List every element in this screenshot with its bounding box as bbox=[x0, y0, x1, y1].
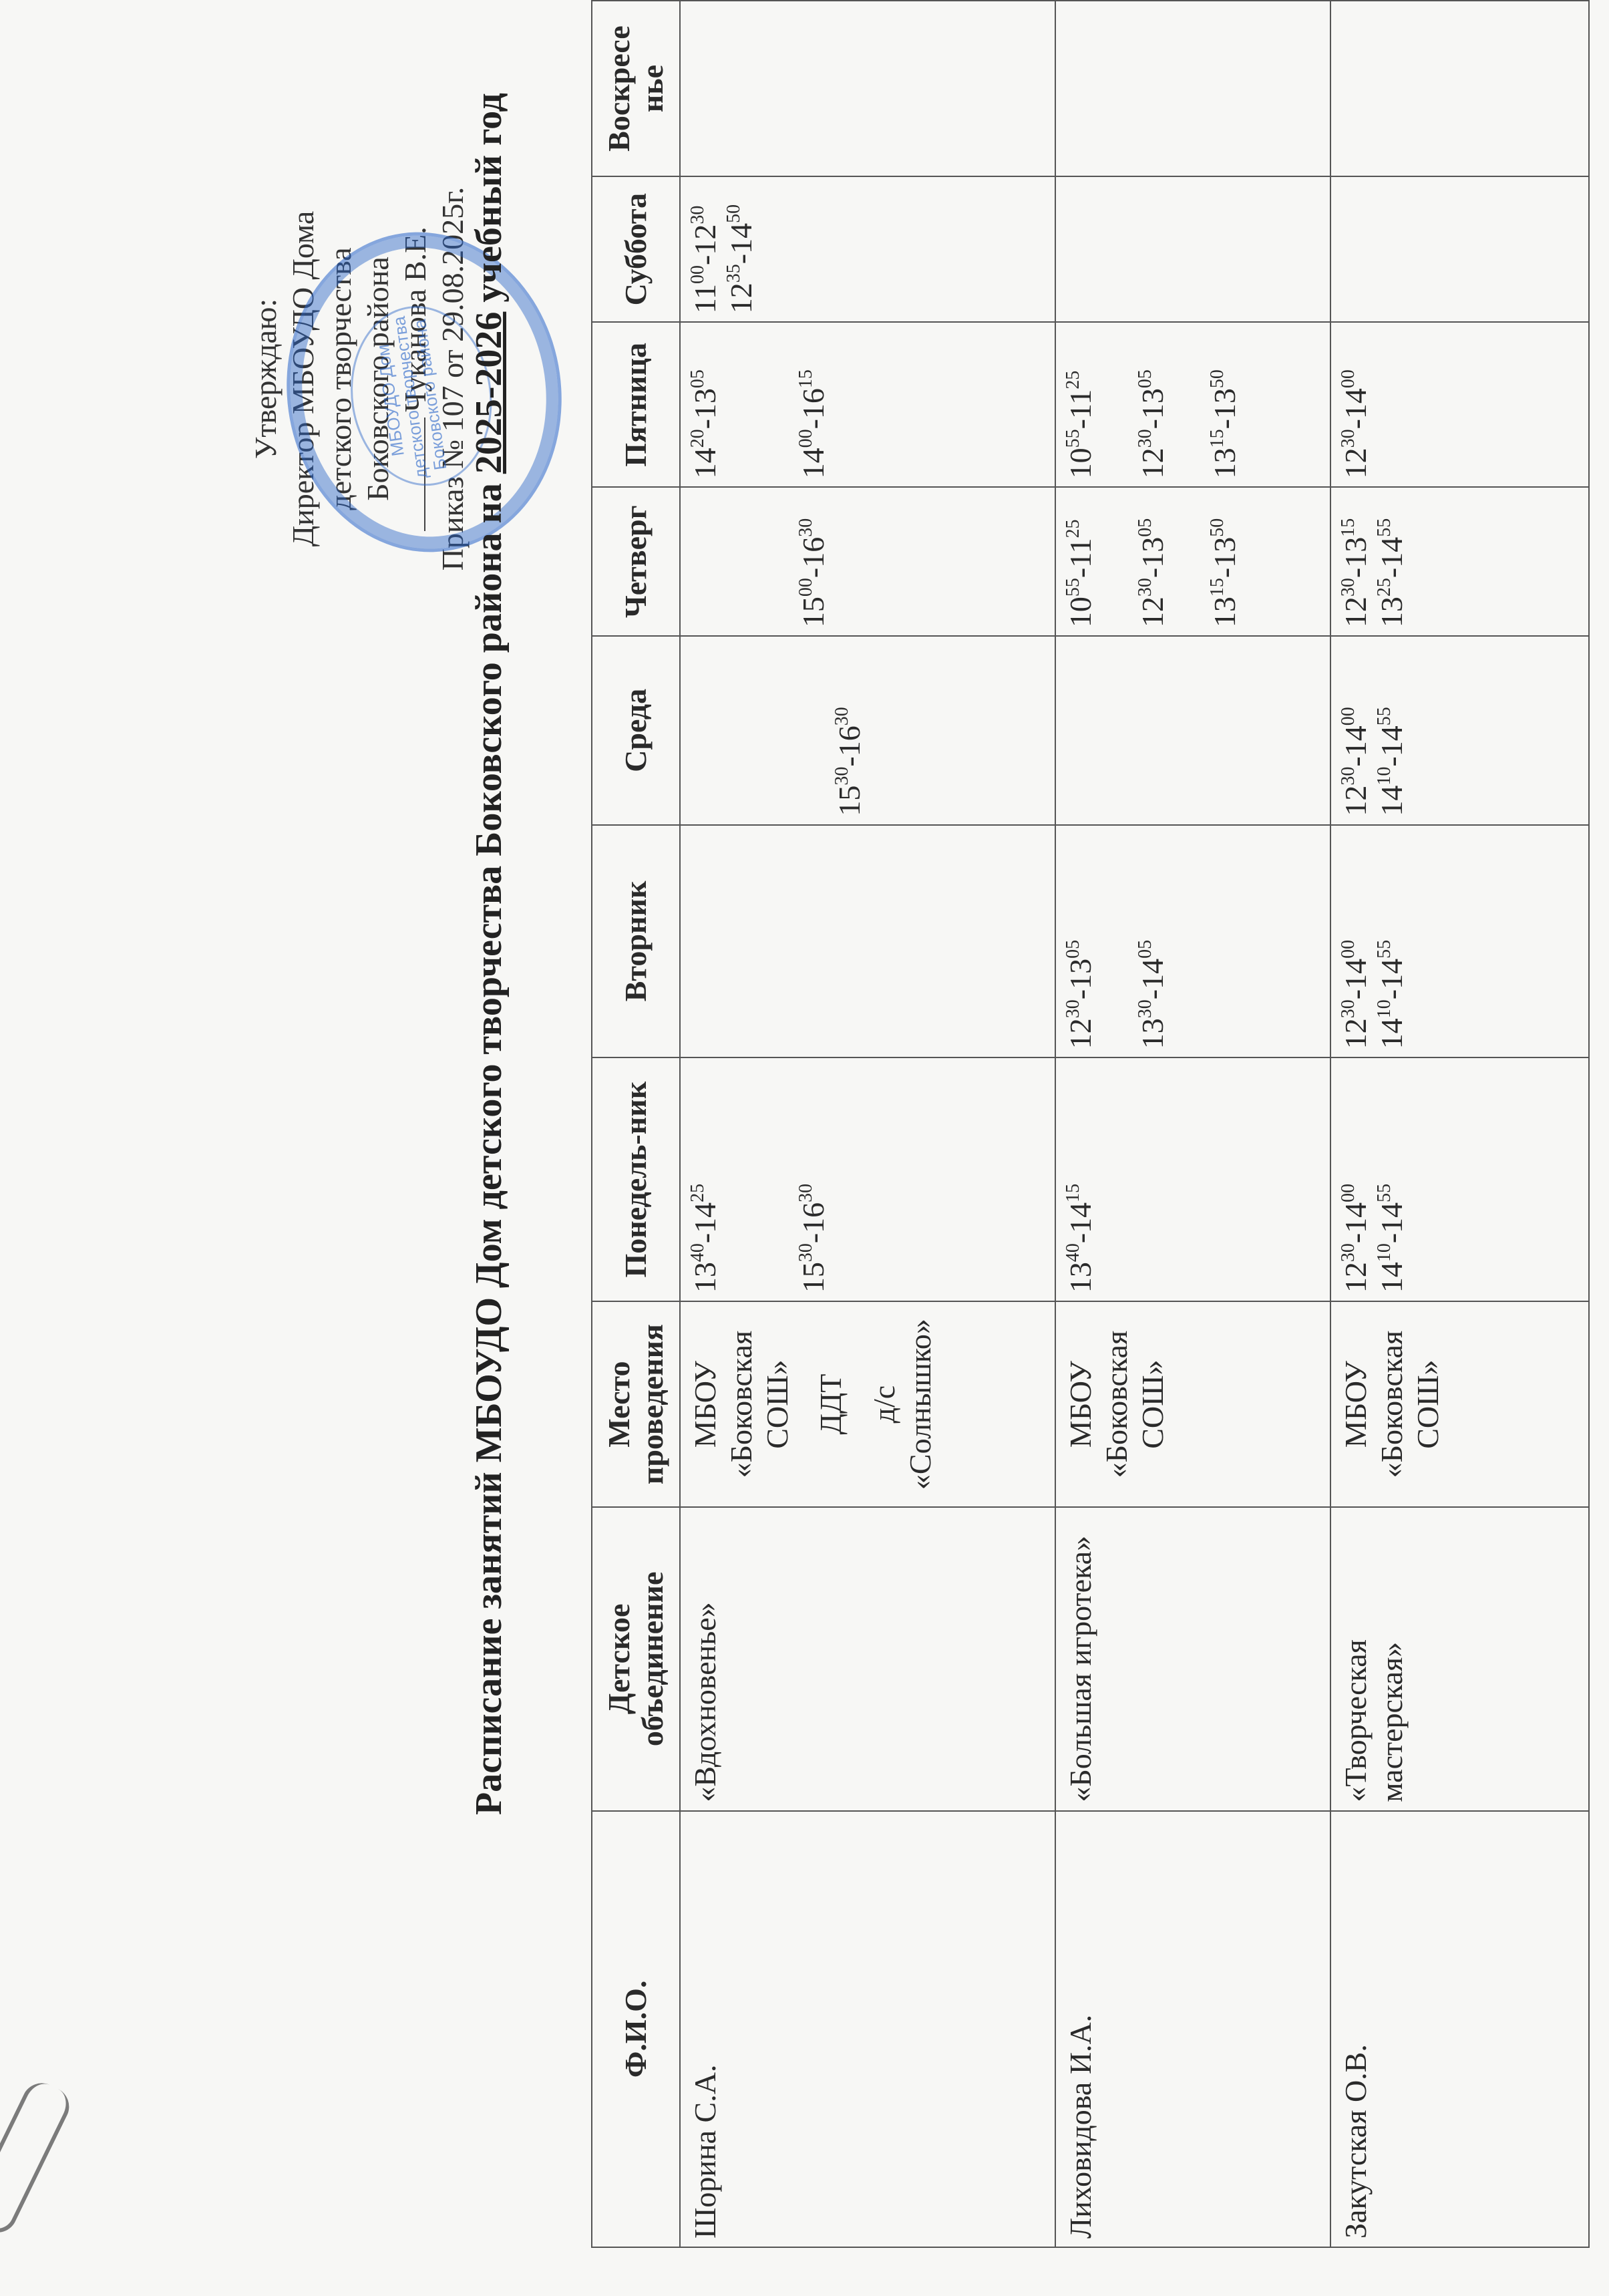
schedule-cell-tuesday bbox=[680, 825, 1055, 1058]
spacer bbox=[687, 645, 723, 816]
spacer bbox=[723, 1066, 759, 1293]
place-cell: МБОУ «Боковская СОШ»ДДТд/с «Солнышко» bbox=[680, 1301, 1055, 1507]
time-slot: 1340-1425 bbox=[687, 1066, 723, 1293]
association-name: «Творческая мастерская» bbox=[1330, 1507, 1589, 1811]
place-cell: МБОУ «Боковская СОШ» bbox=[1330, 1301, 1589, 1507]
signature-icon bbox=[424, 418, 425, 531]
schedule-cell-tuesday: 1230-13051330-1405 bbox=[1055, 825, 1330, 1058]
schedule-cell-thursday: 1055-11251230-13051315-1350 bbox=[1055, 487, 1330, 636]
time-slot: 1410-1455 bbox=[1374, 834, 1410, 1049]
schedule-cell-saturday bbox=[1330, 176, 1589, 322]
place-name: МБОУ «Боковская СОШ» bbox=[1338, 1310, 1446, 1498]
table-row: Шорина С.А.«Вдохновенье»МБОУ «Боковская … bbox=[680, 1, 1055, 2247]
table-row: Закутская О.В.«Творческая мастерская»МБО… bbox=[1330, 1, 1589, 2247]
spacer bbox=[795, 645, 832, 816]
spacer bbox=[723, 645, 759, 816]
time-slot: 1530-1630 bbox=[832, 645, 868, 816]
approval-line: Утверждаю: bbox=[247, 105, 285, 653]
time-slot: 1325-1455 bbox=[1374, 496, 1410, 627]
place-name: ДДТ bbox=[813, 1310, 849, 1498]
header-association: Детское объединение bbox=[592, 1507, 680, 1811]
document-page: Утверждаю: Директор МБОУДО Дома детского… bbox=[0, 0, 1609, 2296]
time-slot: 1230-1305 bbox=[1135, 331, 1171, 478]
spacer bbox=[1171, 496, 1207, 627]
time-slot: 1055-1125 bbox=[1063, 496, 1099, 627]
school-year: 2025-2026 bbox=[468, 312, 510, 474]
header-place: Место проведения bbox=[592, 1301, 680, 1507]
time-slot: 1230-1400 bbox=[1338, 834, 1374, 1049]
schedule-cell-monday: 1340-1415 bbox=[1055, 1057, 1330, 1301]
time-slot: 1230-1400 bbox=[1338, 1066, 1374, 1293]
time-slot: 1055-1125 bbox=[1063, 331, 1099, 478]
schedule-cell-sunday bbox=[1055, 1, 1330, 176]
approval-line: детского творчества bbox=[322, 105, 359, 653]
spacer bbox=[687, 496, 723, 627]
time-slot: 1100-1230 bbox=[687, 185, 723, 313]
time-slot: 1315-1350 bbox=[1207, 331, 1243, 478]
time-slot: 1235-1450 bbox=[723, 185, 759, 313]
association-name: «Вдохновенье» bbox=[680, 1507, 1055, 1811]
schedule-cell-saturday: 1100-12301235-1450 bbox=[680, 176, 1055, 322]
page-title: Расписание занятий МБОУДО Дом детского т… bbox=[468, 93, 510, 1815]
schedule-cell-monday: 1230-14001410-1455 bbox=[1330, 1057, 1589, 1301]
schedule-table: Ф.И.О. Детское объединение Место проведе… bbox=[591, 0, 1590, 2248]
time-slot: 1500-1630 bbox=[795, 496, 832, 627]
spacer bbox=[1099, 834, 1135, 1049]
time-slot: 1315-1350 bbox=[1207, 496, 1243, 627]
time-slot: 1410-1455 bbox=[1374, 1066, 1410, 1293]
approval-signature-line: Чуканова В.Е. bbox=[397, 105, 434, 653]
header-row: Ф.И.О. Детское объединение Место проведе… bbox=[592, 1, 680, 2247]
schedule-cell-saturday bbox=[1055, 176, 1330, 322]
schedule-cell-wednesday: 1230-14001410-1455 bbox=[1330, 636, 1589, 825]
schedule-cell-thursday: 1230-13151325-1455 bbox=[1330, 487, 1589, 636]
schedule-cell-wednesday: 1530-1630 bbox=[680, 636, 1055, 825]
place-name: д/с «Солнышко» bbox=[866, 1310, 938, 1498]
schedule-cell-friday: 1230-1400 bbox=[1330, 322, 1589, 487]
header-monday: Понедель-ник bbox=[592, 1057, 680, 1301]
place-cell: МБОУ «Боковская СОШ» bbox=[1055, 1301, 1330, 1507]
time-slot: 1400-1615 bbox=[795, 331, 832, 478]
time-slot: 1230-1305 bbox=[1063, 834, 1099, 1049]
header-thursday: Четверг bbox=[592, 487, 680, 636]
approval-block: Утверждаю: Директор МБОУДО Дома детского… bbox=[247, 105, 472, 653]
schedule-cell-sunday bbox=[1330, 1, 1589, 176]
teacher-name: Шорина С.А. bbox=[680, 1811, 1055, 2247]
schedule-cell-monday: 1340-14251530-1630 bbox=[680, 1057, 1055, 1301]
spacer bbox=[1171, 331, 1207, 478]
approval-line: Боковского района bbox=[359, 105, 397, 653]
spacer bbox=[723, 496, 759, 627]
schedule-cell-friday: 1420-13051400-1615 bbox=[680, 322, 1055, 487]
teacher-name: Закутская О.В. bbox=[1330, 1811, 1589, 2247]
spacer bbox=[1099, 496, 1135, 627]
spacer bbox=[1099, 331, 1135, 478]
schedule-cell-thursday: 1500-1630 bbox=[680, 487, 1055, 636]
time-slot: 1420-1305 bbox=[687, 331, 723, 478]
schedule-cell-friday: 1055-11251230-13051315-1350 bbox=[1055, 322, 1330, 487]
approval-order: Приказ № 107 от 29.08.2025г. bbox=[434, 105, 472, 653]
time-slot: 1230-1400 bbox=[1338, 645, 1374, 816]
schedule-cell-wednesday bbox=[1055, 636, 1330, 825]
schedule-cell-tuesday: 1230-14001410-1455 bbox=[1330, 825, 1589, 1058]
spacer bbox=[759, 1066, 795, 1293]
spacer bbox=[759, 331, 795, 478]
time-slot: 1230-1400 bbox=[1338, 331, 1374, 478]
place-name: МБОУ «Боковская СОШ» bbox=[687, 1310, 795, 1498]
header-wednesday: Среда bbox=[592, 636, 680, 825]
place-name: МБОУ «Боковская СОШ» bbox=[1063, 1310, 1171, 1498]
paper-clip-icon bbox=[0, 2076, 75, 2239]
time-slot: 1530-1630 bbox=[795, 1066, 832, 1293]
spacer bbox=[759, 645, 795, 816]
approval-line: Директор МБОУДО Дома bbox=[285, 105, 322, 653]
table-row: Лиховидова И.А.«Большая игротека»МБОУ «Б… bbox=[1055, 1, 1330, 2247]
header-sunday: Воскресе нье bbox=[592, 1, 680, 176]
time-slot: 1340-1415 bbox=[1063, 1066, 1099, 1293]
time-slot: 1410-1455 bbox=[1374, 645, 1410, 816]
header-saturday: Суббота bbox=[592, 176, 680, 322]
time-slot: 1330-1405 bbox=[1135, 834, 1171, 1049]
header-tuesday: Вторник bbox=[592, 825, 680, 1058]
time-slot: 1230-1305 bbox=[1135, 496, 1171, 627]
schedule-cell-sunday bbox=[680, 1, 1055, 176]
spacer bbox=[759, 496, 795, 627]
teacher-name: Лиховидова И.А. bbox=[1055, 1811, 1330, 2247]
header-friday: Пятница bbox=[592, 322, 680, 487]
spacer bbox=[723, 331, 759, 478]
association-name: «Большая игротека» bbox=[1055, 1507, 1330, 1811]
time-slot: 1230-1315 bbox=[1338, 496, 1374, 627]
header-fio: Ф.И.О. bbox=[592, 1811, 680, 2247]
